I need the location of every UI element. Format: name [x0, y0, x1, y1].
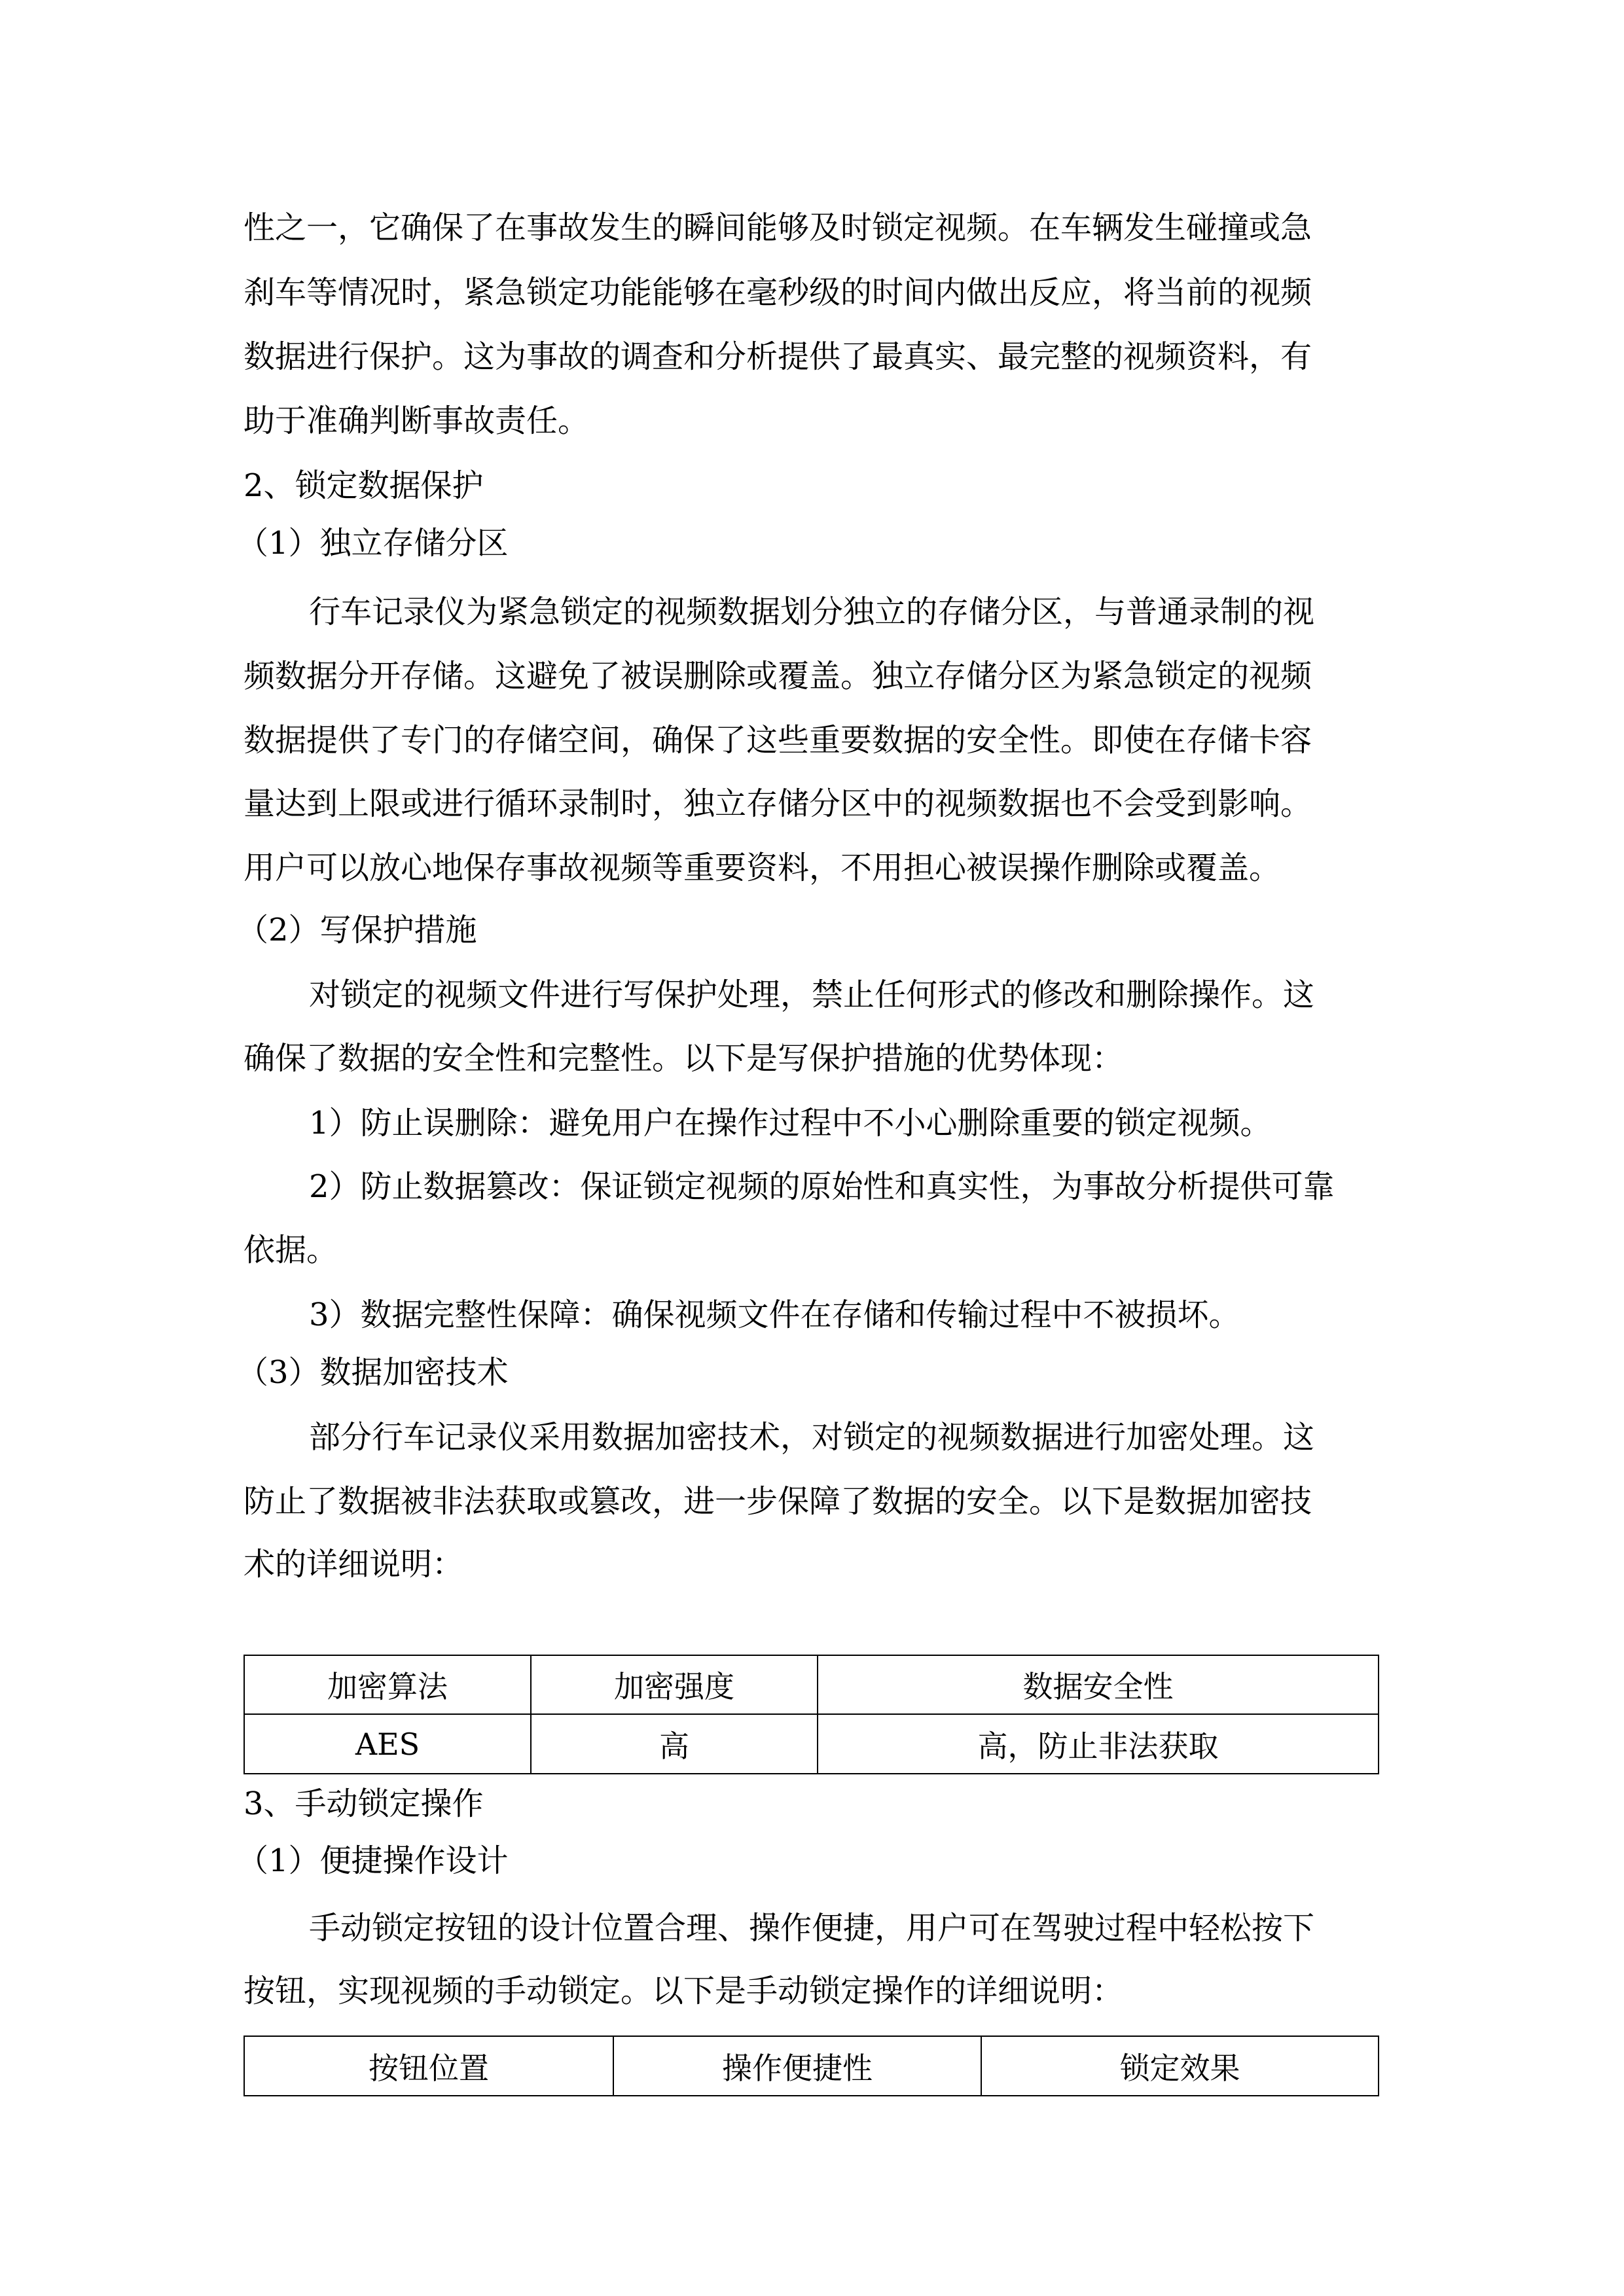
- list-item: 2）防止数据篡改：保证锁定视频的原始性和真实性，为事故分析提供可靠: [309, 1167, 1335, 1206]
- subsection-heading: （1）便捷操作设计: [237, 1841, 509, 1880]
- list-item: 1）防止误删除：避免用户在操作过程中不小心删除重要的锁定视频。: [309, 1103, 1272, 1143]
- paragraph-line: 按钮，实现视频的手动锁定。以下是手动锁定操作的详细说明：: [244, 1971, 1123, 2011]
- table-header-row: 按钮位置 操作便捷性 锁定效果: [244, 2036, 1379, 2096]
- list-item-continuation: 依据。: [244, 1230, 338, 1270]
- paragraph-line: 术的详细说明：: [244, 1545, 463, 1584]
- subsection-heading: （2）写保护措施: [237, 910, 477, 950]
- paragraph-line: 手动锁定按钮的设计位置合理、操作便捷，用户可在驾驶过程中轻松按下: [309, 1909, 1314, 1948]
- table-header-cell: 数据安全性: [818, 1655, 1379, 1714]
- manual-lock-table: 按钮位置 操作便捷性 锁定效果: [244, 2036, 1379, 2096]
- table-header-cell: 加密强度: [531, 1655, 818, 1714]
- section-heading: 3、手动锁定操作: [244, 1784, 484, 1823]
- paragraph-line: 部分行车记录仪采用数据加密技术，对锁定的视频数据进行加密处理。这: [309, 1418, 1314, 1457]
- paragraph-line: 行车记录仪为紧急锁定的视频数据划分独立的存储分区，与普通录制的视: [309, 592, 1314, 632]
- paragraph-line: 防止了数据被非法获取或篡改，进一步保障了数据的安全。以下是数据加密技: [244, 1482, 1312, 1521]
- paragraph-line: 用户可以放心地保存事故视频等重要资料，不用担心被误操作删除或覆盖。: [244, 848, 1280, 888]
- paragraph-line: 数据进行保护。这为事故的调查和分析提供了最真实、最完整的视频资料，有: [244, 337, 1312, 376]
- encryption-table: 加密算法 加密强度 数据安全性 AES 高 高，防止非法获取: [244, 1655, 1379, 1774]
- paragraph-line: 助于准确判断事故责任。: [244, 401, 589, 440]
- table-header-row: 加密算法 加密强度 数据安全性: [244, 1655, 1379, 1714]
- table-header-cell: 锁定效果: [981, 2036, 1379, 2096]
- table-header-cell: 加密算法: [244, 1655, 531, 1714]
- table-cell: AES: [244, 1714, 531, 1774]
- paragraph-line: 对锁定的视频文件进行写保护处理，禁止任何形式的修改和删除操作。这: [309, 975, 1314, 1014]
- paragraph-line: 量达到上限或进行循环录制时，独立存储分区中的视频数据也不会受到影响。: [244, 784, 1312, 823]
- paragraph-line: 确保了数据的安全性和完整性。以下是写保护措施的优势体现：: [244, 1039, 1123, 1078]
- paragraph-line: 刹车等情况时，紧急锁定功能能够在毫秒级的时间内做出反应，将当前的视频: [244, 273, 1312, 312]
- subsection-heading: （1）独立存储分区: [237, 524, 509, 563]
- table-header-cell: 按钮位置: [244, 2036, 613, 2096]
- section-heading: 2、锁定数据保护: [244, 466, 484, 505]
- subsection-heading: （3）数据加密技术: [237, 1353, 509, 1392]
- list-item: 3）数据完整性保障：确保视频文件在存储和传输过程中不被损坏。: [309, 1295, 1240, 1335]
- table-cell: 高，防止非法获取: [818, 1714, 1379, 1774]
- paragraph-line: 频数据分开存储。这避免了被误删除或覆盖。独立存储分区为紧急锁定的视频: [244, 656, 1312, 696]
- table-header-cell: 操作便捷性: [613, 2036, 981, 2096]
- table-cell: 高: [531, 1714, 818, 1774]
- table-row: AES 高 高，防止非法获取: [244, 1714, 1379, 1774]
- paragraph-line: 性之一，它确保了在事故发生的瞬间能够及时锁定视频。在车辆发生碰撞或急: [244, 208, 1312, 247]
- paragraph-line: 数据提供了专门的存储空间，确保了这些重要数据的安全性。即使在存储卡容: [244, 721, 1312, 760]
